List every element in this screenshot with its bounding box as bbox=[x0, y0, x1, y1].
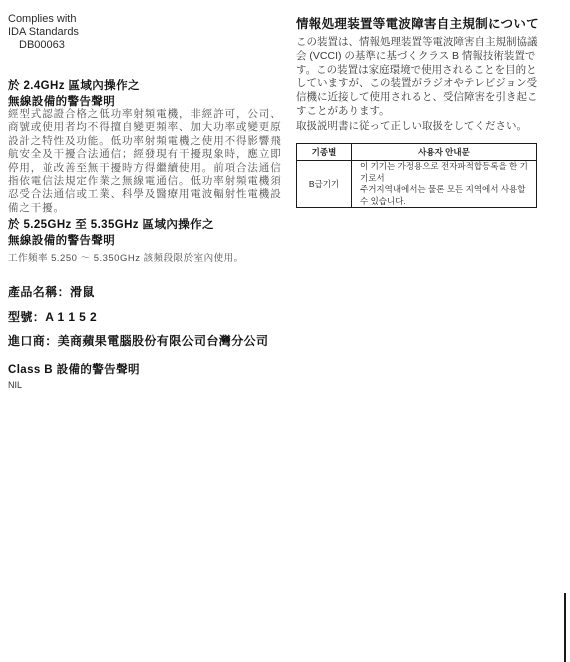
body-line: 商號或使用者均不得擅自變更頻率、加大功率或變更原 bbox=[8, 121, 284, 134]
notice-line: 이 기기는 가정용으로 전자파적합등록을 한 기기로서 bbox=[360, 161, 536, 184]
table-header-row: 기종별 사용자 안내문 bbox=[297, 144, 537, 161]
kcc-class-b-table: 기종별 사용자 안내문 B급기기 이 기기는 가정용으로 전자파적합등록을 한 … bbox=[296, 143, 537, 208]
vcci-body: この装置は、情報処理装置等電波障害自主規制協議 会 (VCCI) の基準に基づく… bbox=[296, 36, 542, 119]
table-header-device-type: 기종별 bbox=[297, 144, 352, 161]
body-line: 備之干擾。 bbox=[8, 202, 284, 215]
heading-line: 無線設備的警告聲明 bbox=[8, 234, 214, 250]
table-cell-notice-text: 이 기기는 가정용으로 전자파적합등록을 한 기기로서 주거지역내에서는 물론 … bbox=[352, 161, 537, 208]
body-line: 忍受合法通信或工業、科學及醫療用電波輻射性電機設 bbox=[8, 188, 284, 201]
product-importer-line: 進口商：美商蘋果電腦股份有限公司台灣分公司 bbox=[8, 329, 268, 354]
table-row: B급기기 이 기기는 가정용으로 전자파적합등록을 한 기기로서 주거지역내에서… bbox=[297, 161, 537, 208]
tw-5ghz-frequency-note: 工作頻率 5.250 ～ 5.350GHz 該頻段限於室內使用。 bbox=[8, 252, 244, 265]
page-trim-mark bbox=[564, 593, 566, 662]
tw-2-4ghz-warning-body: 經型式認證合格之低功率射頻電機，非經許可，公司、 商號或使用者均不得擅自變更頻率… bbox=[8, 108, 284, 215]
product-name-line: 產品名稱：滑鼠 bbox=[8, 280, 268, 305]
tw-5ghz-heading: 於 5.25GHz 至 5.35GHz 區域內操作之 無線設備的警告聲明 bbox=[8, 218, 214, 249]
vcci-heading: 情報処理装置等電波障害自主規制について bbox=[296, 14, 539, 32]
vcci-handling-note: 取扱説明書に従って正しい取扱をしてください。 bbox=[296, 119, 527, 133]
product-model-line: 型號：A 1 1 5 2 bbox=[8, 305, 268, 330]
table-header-user-notice: 사용자 안내문 bbox=[352, 144, 537, 161]
ida-line: IDA Standards bbox=[8, 26, 79, 39]
body-line: 停用，並改善至無干擾時方得繼續使用。前項合法通信 bbox=[8, 162, 284, 175]
ida-line: Complies with bbox=[8, 13, 79, 26]
heading-line: 於 5.25GHz 至 5.35GHz 區域內操作之 bbox=[8, 218, 214, 234]
body-line: 設計之特性及功能。低功率射頻電機之使用不得影響飛 bbox=[8, 135, 284, 148]
body-line: していますが、この装置がラジオやテレビジョン受 bbox=[296, 77, 542, 91]
ida-compliance-block: Complies with IDA Standards DB00063 bbox=[8, 13, 79, 52]
body-line: 航安全及干擾合法通信；經發現有干擾現象時，應立即 bbox=[8, 148, 284, 161]
table-cell-device-class: B급기기 bbox=[297, 161, 352, 208]
body-line: 經型式認證合格之低功率射頻電機，非經許可，公司、 bbox=[8, 108, 284, 121]
notice-line: 주거지역내에서는 물론 모든 지역에서 사용할 수 있습니다. bbox=[360, 184, 536, 207]
body-line: 信機に近接して使用されると、受信障害を引き起こ bbox=[296, 91, 542, 105]
body-line: 会 (VCCI) の基準に基づくクラス B 情報技術装置で bbox=[296, 50, 542, 64]
tw-2-4ghz-heading: 於 2.4GHz 區域內操作之 無線設備的警告聲明 bbox=[8, 79, 140, 110]
heading-line: 於 2.4GHz 區域內操作之 bbox=[8, 79, 140, 95]
class-b-body: NIL bbox=[8, 379, 22, 391]
body-line: す。この装置は家庭環境で使用されることを目的と bbox=[296, 64, 542, 78]
body-line: この装置は、情報処理装置等電波障害自主規制協議 bbox=[296, 36, 542, 50]
ida-certificate-number: DB00063 bbox=[8, 39, 79, 52]
body-line: 指依電信法規定作業之無線電通信。低功率射頻電機須 bbox=[8, 175, 284, 188]
manual-compliance-page: Complies with IDA Standards DB00063 於 2.… bbox=[0, 0, 570, 662]
class-b-heading: Class B 設備的警告聲明 bbox=[8, 363, 140, 378]
body-line: すことがあります。 bbox=[296, 105, 542, 119]
product-info-block: 產品名稱：滑鼠 型號：A 1 1 5 2 進口商：美商蘋果電腦股份有限公司台灣分… bbox=[8, 280, 268, 354]
